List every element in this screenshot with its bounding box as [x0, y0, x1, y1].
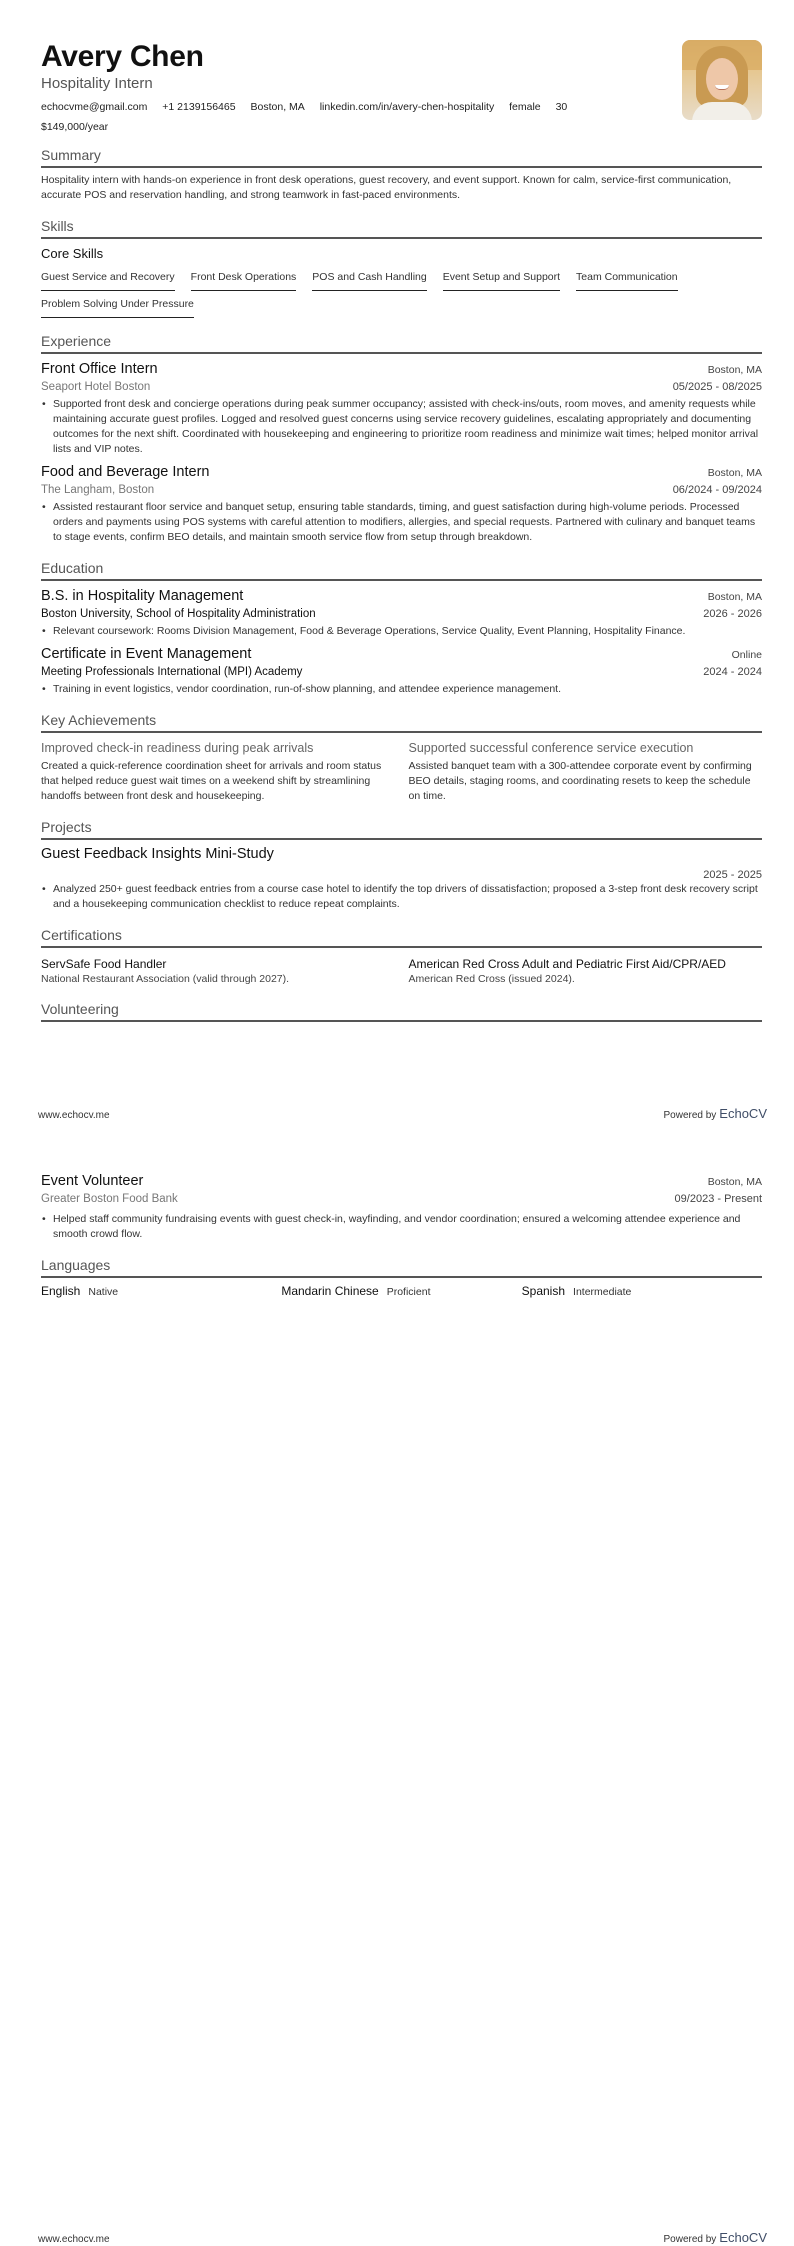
certification-title: American Red Cross Adult and Pediatric F…: [409, 956, 763, 972]
skills-group-title: Core Skills: [41, 245, 762, 262]
skill-item: Front Desk Operations: [191, 270, 297, 291]
brand-logo[interactable]: EchoCV: [719, 2230, 767, 2245]
entry-dates: 06/2024 - 09/2024: [673, 484, 762, 496]
contact-email[interactable]: echocvme@gmail.com: [41, 101, 147, 113]
certification-item: ServSafe Food Handler National Restauran…: [41, 956, 395, 986]
footer-website[interactable]: www.echocv.me: [38, 2234, 110, 2245]
experience-entry: Front Office Intern Boston, MA Seaport H…: [41, 360, 762, 457]
language-item: Mandarin Chinese Proficient: [281, 1284, 521, 1298]
education-section: Education B.S. in Hospitality Management…: [41, 559, 762, 697]
project-dates: 2025 - 2025: [41, 869, 762, 881]
resume-page-1: Avery Chen Hospitality Intern echocvme@g…: [41, 40, 762, 1022]
experience-section: Experience Front Office Intern Boston, M…: [41, 332, 762, 545]
education-entry: Certificate in Event Management Online M…: [41, 645, 762, 697]
project-title: Guest Feedback Insights Mini-Study: [41, 845, 762, 864]
skills-list: Guest Service and Recovery Front Desk Op…: [41, 264, 762, 318]
entry-dates: 2024 - 2024: [703, 666, 762, 678]
entry-title: Front Office Intern: [41, 360, 158, 379]
language-level: Proficient: [387, 1286, 431, 1298]
language-level: Intermediate: [573, 1286, 631, 1298]
candidate-role: Hospitality Intern: [41, 74, 762, 94]
section-title: Languages: [41, 1256, 762, 1278]
contact-salary: $149,000/year: [41, 120, 750, 134]
entry-organization: Boston University, School of Hospitality…: [41, 606, 316, 623]
certification-description: National Restaurant Association (valid t…: [41, 972, 395, 986]
volunteering-entry: Event Volunteer Boston, MA Greater Bosto…: [41, 1172, 762, 1242]
skill-item: Team Communication: [576, 270, 678, 291]
language-name: Mandarin Chinese: [281, 1284, 378, 1298]
language-name: English: [41, 1284, 80, 1298]
education-entry: B.S. in Hospitality Management Boston, M…: [41, 587, 762, 639]
volunteering-section: Volunteering: [41, 1000, 762, 1022]
section-title: Certifications: [41, 926, 762, 948]
contact-phone[interactable]: +1 2139156465: [162, 101, 235, 113]
footer-powered: Powered byEchoCV: [663, 2230, 767, 2245]
achievements-section: Key Achievements Improved check-in readi…: [41, 711, 762, 804]
achievement-title: Improved check-in readiness during peak …: [41, 739, 395, 757]
section-title: Experience: [41, 332, 762, 354]
contact-linkedin[interactable]: linkedin.com/in/avery-chen-hospitality: [320, 101, 495, 113]
experience-entry: Food and Beverage Intern Boston, MA The …: [41, 463, 762, 545]
powered-by-label: Powered by: [663, 1110, 716, 1121]
summary-text: Hospitality intern with hands-on experie…: [41, 173, 762, 203]
section-title: Projects: [41, 818, 762, 840]
project-bullet: Analyzed 250+ guest feedback entries fro…: [41, 882, 762, 912]
projects-section: Projects Guest Feedback Insights Mini-St…: [41, 818, 762, 912]
entry-dates: 09/2023 - Present: [675, 1193, 762, 1205]
languages-section: Languages English Native Mandarin Chines…: [41, 1256, 762, 1298]
footer-website[interactable]: www.echocv.me: [38, 1110, 110, 1121]
contact-gender: female: [509, 101, 541, 113]
resume-header: Avery Chen Hospitality Intern echocvme@g…: [41, 40, 762, 132]
certification-description: American Red Cross (issued 2024).: [409, 972, 763, 986]
language-item: English Native: [41, 1284, 281, 1298]
entry-organization: Seaport Hotel Boston: [41, 379, 150, 396]
contact-location: Boston, MA: [251, 101, 305, 113]
entry-location: Boston, MA: [708, 1176, 762, 1188]
skill-item: Event Setup and Support: [443, 270, 560, 291]
entry-organization: Meeting Professionals International (MPI…: [41, 664, 302, 681]
contact-info: echocvme@gmail.com +1 2139156465 Boston,…: [41, 100, 762, 134]
certifications-section: Certifications ServSafe Food Handler Nat…: [41, 926, 762, 986]
profile-photo: [682, 40, 762, 120]
entry-dates: 05/2025 - 08/2025: [673, 381, 762, 393]
entry-organization: Greater Boston Food Bank: [41, 1191, 178, 1208]
section-title: Education: [41, 559, 762, 581]
achievement-item: Improved check-in readiness during peak …: [41, 739, 395, 804]
language-level: Native: [88, 1286, 118, 1298]
entry-bullet: Assisted restaurant floor service and ba…: [41, 500, 762, 545]
contact-age: 30: [556, 101, 568, 113]
achievement-title: Supported successful conference service …: [409, 739, 763, 757]
skill-item: Problem Solving Under Pressure: [41, 297, 194, 318]
entry-bullet: Training in event logistics, vendor coor…: [41, 682, 762, 697]
section-title: Skills: [41, 217, 762, 239]
entry-title: Certificate in Event Management: [41, 645, 251, 664]
entry-location: Boston, MA: [708, 364, 762, 376]
section-title: Key Achievements: [41, 711, 762, 733]
entry-bullet: Helped staff community fundraising event…: [41, 1212, 762, 1242]
entry-organization: The Langham, Boston: [41, 482, 154, 499]
entry-bullet: Relevant coursework: Rooms Division Mana…: [41, 624, 762, 639]
certification-item: American Red Cross Adult and Pediatric F…: [409, 956, 763, 986]
entry-dates: 2026 - 2026: [703, 608, 762, 620]
brand-logo[interactable]: EchoCV: [719, 1106, 767, 1121]
resume-page-2: Event Volunteer Boston, MA Greater Bosto…: [41, 1172, 762, 1298]
entry-title: Food and Beverage Intern: [41, 463, 209, 482]
footer-powered: Powered byEchoCV: [663, 1106, 767, 1121]
page-footer: www.echocv.me Powered byEchoCV: [38, 2230, 767, 2245]
skill-item: POS and Cash Handling: [312, 270, 426, 291]
skills-section: Skills Core Skills Guest Service and Rec…: [41, 217, 762, 318]
entry-location: Boston, MA: [708, 591, 762, 603]
skill-item: Guest Service and Recovery: [41, 270, 175, 291]
section-title: Volunteering: [41, 1000, 762, 1022]
language-item: Spanish Intermediate: [522, 1284, 762, 1298]
certification-title: ServSafe Food Handler: [41, 956, 395, 972]
achievement-item: Supported successful conference service …: [409, 739, 763, 804]
entry-bullet: Supported front desk and concierge opera…: [41, 397, 762, 457]
summary-section: Summary Hospitality intern with hands-on…: [41, 146, 762, 203]
entry-location: Boston, MA: [708, 467, 762, 479]
page-footer: www.echocv.me Powered byEchoCV: [38, 1106, 767, 1121]
entry-title: B.S. in Hospitality Management: [41, 587, 243, 606]
entry-location: Online: [732, 649, 762, 661]
achievement-description: Assisted banquet team with a 300-attende…: [409, 759, 763, 804]
section-title: Summary: [41, 146, 762, 168]
powered-by-label: Powered by: [663, 2234, 716, 2245]
candidate-name: Avery Chen: [41, 40, 762, 74]
language-name: Spanish: [522, 1284, 565, 1298]
achievement-description: Created a quick-reference coordination s…: [41, 759, 395, 804]
entry-title: Event Volunteer: [41, 1172, 143, 1191]
